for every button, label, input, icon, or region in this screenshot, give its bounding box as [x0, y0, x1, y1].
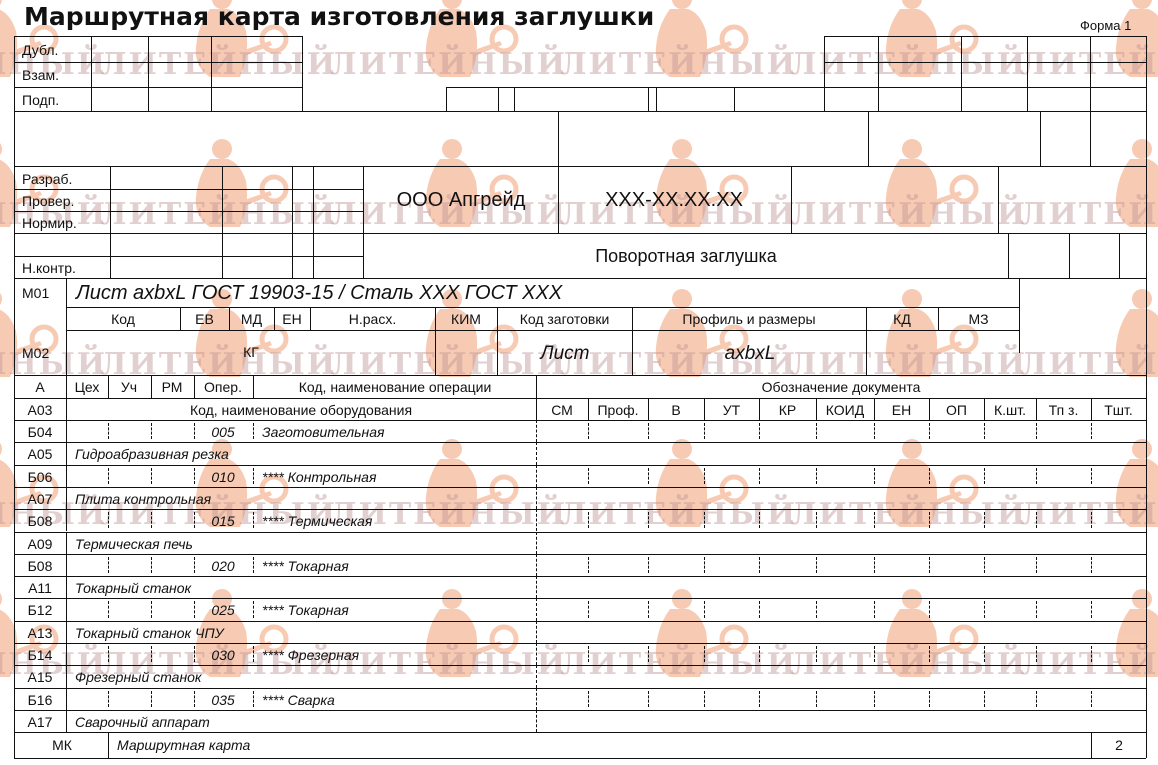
h-rule	[14, 398, 1146, 399]
dash-rule	[704, 512, 705, 528]
row-rule	[14, 732, 1146, 733]
operation-name: **** Фрезерная	[262, 648, 359, 662]
dash-rule	[536, 621, 537, 643]
dash-rule	[1036, 691, 1037, 707]
dash-rule	[588, 423, 589, 439]
dash-rule	[704, 557, 705, 573]
v-rule	[1036, 398, 1037, 420]
h-rule	[14, 256, 363, 257]
dash-rule	[874, 557, 875, 573]
dash-rule	[759, 512, 760, 528]
dash-rule	[1036, 423, 1037, 439]
dash-rule	[704, 691, 705, 707]
dash-rule	[536, 465, 537, 487]
dash-rule	[151, 691, 152, 707]
form-label: Форма 1	[1080, 18, 1131, 33]
dash-rule	[984, 646, 985, 662]
dash-rule	[1036, 557, 1037, 573]
v-rule	[253, 375, 254, 398]
material-header: МЗ	[968, 312, 988, 326]
h-rule	[14, 189, 363, 190]
v-rule	[66, 643, 67, 665]
dash-rule	[194, 646, 195, 662]
col-oper: Опер.	[204, 380, 242, 394]
dash-rule	[648, 468, 649, 484]
v-rule	[998, 166, 999, 233]
part-name: Поворотная заглушка	[595, 247, 777, 265]
material-header: КД	[893, 312, 911, 326]
route-card-grid: Дубл.Взам.Подп.Разраб.Провер.Нормир.Н.ко…	[0, 0, 1158, 765]
v-rule	[1027, 36, 1028, 111]
dash-rule	[1091, 557, 1092, 573]
v-rule	[66, 621, 67, 643]
dash-rule	[759, 468, 760, 484]
dash-rule	[151, 557, 152, 573]
v-rule	[363, 166, 364, 278]
operation-name: **** Токарная	[262, 559, 349, 573]
h-rule	[14, 87, 302, 88]
dash-rule	[253, 468, 254, 484]
v-rule	[791, 166, 792, 233]
h-rule	[14, 233, 363, 234]
v-rule	[110, 166, 111, 278]
profile-size: axbxL	[725, 344, 776, 363]
row-code: Б08	[28, 514, 53, 528]
v-rule	[1069, 233, 1070, 278]
v-rule	[180, 307, 181, 330]
v-rule	[313, 166, 314, 278]
h-rule	[14, 375, 1146, 376]
v-rule	[824, 87, 825, 111]
dash-rule	[253, 691, 254, 707]
v-rule	[229, 307, 230, 330]
dash-rule	[929, 557, 930, 573]
v-rule	[91, 36, 92, 111]
equipment-name: Гидроабразивная резка	[75, 447, 229, 461]
v-rule	[66, 278, 67, 375]
row-rule	[14, 621, 1146, 622]
v-rule	[961, 36, 962, 111]
dash-rule	[816, 691, 817, 707]
v-rule	[1090, 36, 1091, 111]
dash-rule	[194, 423, 195, 439]
col-a: А	[35, 380, 44, 394]
dash-rule	[759, 423, 760, 439]
dash-rule	[253, 601, 254, 617]
dash-rule	[929, 601, 930, 617]
dash-rule	[1091, 646, 1092, 662]
equipment-name: Токарный станок	[75, 581, 191, 595]
equipment-name: Токарный станок ЧПУ	[75, 626, 224, 640]
label-razrab: Разраб.	[22, 172, 72, 186]
left-border	[14, 36, 15, 758]
dash-rule	[536, 576, 537, 598]
v-rule	[66, 487, 67, 509]
v-rule	[1091, 398, 1092, 420]
dash-rule	[108, 512, 109, 528]
dash-rule	[588, 468, 589, 484]
dash-rule	[874, 423, 875, 439]
row-rule	[14, 509, 1146, 510]
v-rule	[274, 307, 275, 330]
v-rule	[497, 307, 498, 330]
operation-name: **** Токарная	[262, 603, 349, 617]
dash-rule	[108, 646, 109, 662]
dash-rule	[984, 468, 985, 484]
v-rule	[1119, 233, 1120, 278]
dash-rule	[704, 468, 705, 484]
operation-number: 010	[211, 470, 234, 484]
equipment-name: Термическая печь	[75, 537, 193, 551]
dash-rule	[648, 423, 649, 439]
dash-rule	[929, 646, 930, 662]
dash-rule	[588, 601, 589, 617]
v-rule	[108, 732, 109, 758]
v-rule	[874, 398, 875, 420]
dash-rule	[536, 688, 537, 710]
h-rule	[14, 166, 1146, 167]
v-rule	[878, 36, 879, 111]
dash-rule	[704, 601, 705, 617]
row-code: Б14	[28, 648, 53, 662]
operation-name: Заготовительная	[262, 425, 385, 439]
dash-rule	[253, 646, 254, 662]
dash-rule	[874, 468, 875, 484]
h-rule	[824, 36, 1146, 37]
dash-rule	[704, 646, 705, 662]
row-rule	[14, 643, 1146, 644]
h-rule	[363, 233, 1146, 234]
material-header: ЕВ	[195, 312, 214, 326]
dash-rule	[648, 646, 649, 662]
m02-label: М02	[22, 346, 49, 360]
bottom-border	[14, 758, 1146, 759]
row-code: А11	[28, 581, 52, 595]
col-uch: Уч	[121, 380, 137, 394]
v-rule	[929, 398, 930, 420]
v-rule	[656, 87, 657, 111]
operation-name: **** Термическая	[262, 514, 372, 528]
dash-rule	[759, 557, 760, 573]
v-rule	[1091, 732, 1092, 758]
equipment-header: Код, наименование оборудования	[190, 403, 412, 417]
dash-rule	[588, 691, 589, 707]
v-rule	[1090, 111, 1091, 166]
v-rule	[816, 398, 817, 420]
v-rule	[866, 330, 867, 375]
dash-rule	[874, 646, 875, 662]
label-prover: Провер.	[22, 194, 74, 208]
dash-rule	[151, 423, 152, 439]
doc-column-header: ОП	[946, 403, 967, 417]
dash-rule	[588, 512, 589, 528]
dash-rule	[536, 532, 537, 554]
dash-rule	[704, 423, 705, 439]
dash-rule	[1091, 691, 1092, 707]
v-rule	[108, 375, 109, 398]
dash-rule	[253, 512, 254, 528]
dash-rule	[108, 601, 109, 617]
dash-rule	[648, 557, 649, 573]
dash-rule	[984, 691, 985, 707]
doc-column-header: Проф.	[597, 403, 638, 417]
label-normir: Нормир.	[22, 216, 77, 230]
h-rule	[14, 111, 1146, 112]
dash-rule	[874, 691, 875, 707]
dash-rule	[874, 512, 875, 528]
v-rule	[66, 710, 67, 732]
dash-rule	[1036, 512, 1037, 528]
v-rule	[498, 87, 499, 111]
a03-label: А03	[28, 403, 53, 417]
dash-rule	[108, 691, 109, 707]
dash-rule	[151, 601, 152, 617]
dash-rule	[108, 468, 109, 484]
row-code: Б06	[28, 470, 53, 484]
dash-rule	[929, 512, 930, 528]
row-rule	[14, 576, 1146, 577]
dash-rule	[1091, 423, 1092, 439]
operation-number: 030	[211, 648, 234, 662]
v-rule	[759, 398, 760, 420]
doc-column-header: Тшт.	[1104, 403, 1133, 417]
dash-rule	[759, 691, 760, 707]
v-rule	[66, 688, 67, 710]
row-rule	[14, 487, 1146, 488]
col-operation-name: Код, наименование операции	[299, 380, 492, 394]
h-rule	[14, 278, 1146, 279]
dash-rule	[648, 601, 649, 617]
doc-column-header: Тп з.	[1049, 403, 1079, 417]
label-vzam: Взам.	[22, 68, 59, 82]
v-rule	[497, 330, 498, 375]
h-rule	[446, 87, 1146, 88]
dash-rule	[194, 691, 195, 707]
document-designation: ХХХ-ХХ.ХХ.ХХ	[605, 190, 743, 210]
material-spec: Лист axbxL ГОСТ 19903-15 / Сталь ХХХ ГОС…	[76, 283, 562, 303]
ev-value: КГ	[243, 345, 259, 359]
h-rule	[14, 420, 1146, 421]
m01-label: М01	[22, 286, 49, 300]
dash-rule	[536, 509, 537, 531]
dash-rule	[1091, 468, 1092, 484]
doc-column-header: К.шт.	[994, 403, 1026, 417]
col-document: Обозначение документа	[762, 380, 921, 394]
row-rule	[14, 554, 1146, 555]
dash-rule	[1036, 468, 1037, 484]
dash-rule	[984, 512, 985, 528]
dash-rule	[929, 468, 930, 484]
v-rule	[866, 307, 867, 330]
dash-rule	[253, 423, 254, 439]
label-dubl: Дубл.	[22, 43, 58, 57]
v-rule	[66, 576, 67, 598]
doc-column-header: КР	[779, 403, 797, 417]
v-rule	[148, 36, 149, 111]
dash-rule	[151, 512, 152, 528]
col-ceh: Цех	[75, 380, 100, 394]
dash-rule	[151, 468, 152, 484]
v-rule	[984, 398, 985, 420]
page-title: Маршрутная карта изготовления заглушки	[24, 2, 654, 31]
dash-rule	[816, 423, 817, 439]
doc-column-header: В	[671, 403, 680, 417]
material-header: ЕН	[282, 312, 301, 326]
doc-column-header: СМ	[551, 403, 573, 417]
dash-rule	[984, 557, 985, 573]
operation-number: 005	[211, 425, 234, 439]
dash-rule	[151, 646, 152, 662]
dash-rule	[759, 601, 760, 617]
v-rule	[66, 532, 67, 554]
row-code: Б04	[28, 425, 53, 439]
dash-rule	[588, 646, 589, 662]
h-rule	[14, 211, 363, 212]
v-rule	[648, 398, 649, 420]
dash-rule	[108, 557, 109, 573]
h-rule	[66, 307, 1019, 308]
dash-rule	[536, 710, 537, 732]
material-header: КИМ	[451, 312, 481, 326]
operation-name: **** Сварка	[262, 693, 335, 707]
operation-number: 025	[211, 603, 234, 617]
v-rule	[302, 36, 303, 111]
dash-rule	[194, 468, 195, 484]
v-rule	[632, 307, 633, 330]
dash-rule	[816, 512, 817, 528]
dash-rule	[536, 554, 537, 576]
v-rule	[310, 307, 311, 330]
row-code: А05	[28, 447, 53, 461]
dash-rule	[1091, 601, 1092, 617]
dash-rule	[874, 601, 875, 617]
material-header: Код заготовки	[520, 312, 610, 326]
dash-rule	[1091, 512, 1092, 528]
dash-rule	[816, 601, 817, 617]
doc-column-header: ЕН	[892, 403, 911, 417]
v-rule	[222, 166, 223, 278]
operation-number: 015	[211, 514, 234, 528]
dash-rule	[648, 512, 649, 528]
v-rule	[194, 375, 195, 398]
dash-rule	[929, 423, 930, 439]
v-rule	[66, 554, 67, 576]
dash-rule	[536, 643, 537, 665]
dash-rule	[984, 601, 985, 617]
dash-rule	[194, 557, 195, 573]
dash-rule	[929, 691, 930, 707]
h-rule	[66, 330, 1019, 331]
row-code: Б16	[28, 693, 53, 707]
label-nkontr: Н.контр.	[22, 261, 76, 275]
dash-rule	[253, 557, 254, 573]
dash-rule	[108, 423, 109, 439]
doc-column-header: КОИД	[826, 403, 864, 417]
v-rule	[588, 398, 589, 420]
v-rule	[66, 420, 67, 442]
row-rule	[14, 665, 1146, 666]
dash-rule	[816, 468, 817, 484]
row-code: А13	[28, 626, 53, 640]
v-rule	[446, 87, 447, 111]
row-rule	[14, 710, 1146, 711]
h-rule	[824, 62, 1146, 63]
row-rule	[14, 465, 1146, 466]
v-rule	[558, 111, 559, 166]
dash-rule	[1036, 601, 1037, 617]
v-rule	[558, 166, 559, 233]
organization-name: ООО Апгрейд	[397, 190, 526, 210]
row-code: А07	[28, 492, 53, 506]
operation-number: 020	[211, 559, 234, 573]
v-rule	[938, 307, 939, 330]
row-rule	[14, 688, 1146, 689]
h-rule	[14, 62, 302, 63]
dash-rule	[194, 512, 195, 528]
dash-rule	[536, 442, 537, 464]
equipment-name: Сварочный аппарат	[75, 715, 210, 729]
material-header: МД	[241, 312, 262, 326]
page-number: 2	[1115, 738, 1123, 752]
v-rule	[1019, 278, 1020, 353]
row-code: А17	[28, 715, 53, 729]
v-rule	[66, 598, 67, 620]
dash-rule	[984, 423, 985, 439]
v-rule	[435, 307, 436, 330]
row-code: А09	[28, 537, 53, 551]
v-rule	[1040, 111, 1041, 166]
right-border	[1146, 36, 1147, 758]
dash-rule	[816, 557, 817, 573]
v-rule	[868, 111, 869, 166]
row-code: Б08	[28, 559, 53, 573]
v-rule	[66, 375, 67, 420]
blank-code: Лист	[541, 344, 590, 363]
row-rule	[14, 442, 1146, 443]
v-rule	[704, 398, 705, 420]
row-code: А15	[28, 670, 53, 684]
doc-column-header: УТ	[723, 403, 740, 417]
footer-code: МК	[52, 738, 72, 752]
row-code: Б12	[28, 603, 53, 617]
v-rule	[211, 36, 212, 111]
v-rule	[435, 330, 436, 375]
v-rule	[151, 375, 152, 398]
dash-rule	[536, 420, 537, 442]
v-rule	[66, 665, 67, 687]
operation-name: **** Контрольная	[262, 470, 376, 484]
material-header: Код	[111, 312, 135, 326]
dash-rule	[194, 601, 195, 617]
v-rule	[66, 465, 67, 487]
h-rule	[14, 36, 302, 37]
equipment-name: Плита контрольная	[75, 492, 211, 506]
v-rule	[632, 330, 633, 375]
dash-rule	[536, 487, 537, 509]
footer-name: Маршрутная карта	[117, 738, 250, 752]
v-rule	[734, 87, 735, 111]
row-rule	[14, 532, 1146, 533]
dash-rule	[588, 557, 589, 573]
dash-rule	[648, 691, 649, 707]
row-rule	[14, 598, 1146, 599]
v-rule	[514, 87, 515, 111]
dash-rule	[1036, 646, 1037, 662]
equipment-name: Фрезерный станок	[75, 670, 202, 684]
v-rule	[66, 509, 67, 531]
material-header: Н.расх.	[349, 312, 396, 326]
dash-rule	[536, 598, 537, 620]
